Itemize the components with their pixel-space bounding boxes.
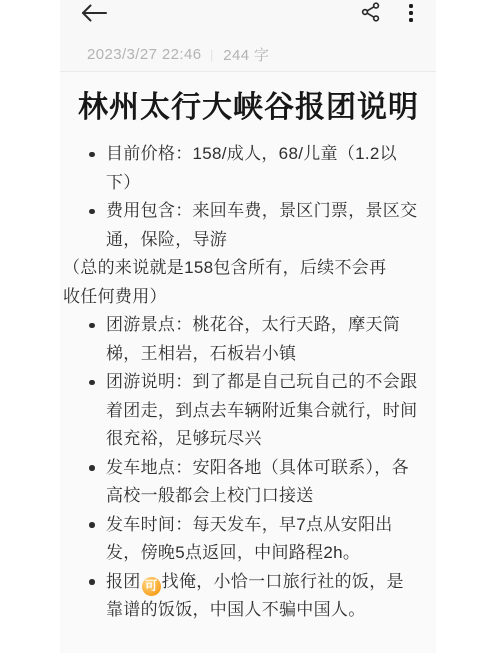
bullet-item-spots[interactable]: 团游景点：桃花谷，太行天路，摩天筒 梯，王相岩，石板岩小镇 [60, 311, 436, 368]
note-content: 目前价格：158/成人，68/儿童（1.2以 下） 费用包含：来回车费，景区门票… [60, 140, 436, 625]
note-paragraph-summary[interactable]: （总的来说就是158包含所有，后续不会再 收任何费用） [60, 254, 436, 311]
note-char-count: 244 字 [223, 44, 269, 65]
bullet-item-departure-time[interactable]: 发车时间：每天发车，早7点从安阳出 发，傍晚5点返回，中间路程2h。 [60, 511, 436, 568]
screenshot-canvas: 2023/3/27 22:46 | 244 字 林州太行大峡谷报团说明 目前价格… [0, 0, 500, 653]
share-icon [360, 1, 382, 26]
back-button[interactable] [80, 4, 108, 24]
note-title[interactable]: 林州太行大峡谷报团说明 [78, 90, 421, 126]
bullet-text: 团游景点：桃花谷，太行天路，摩天筒 梯，王相岩，石板岩小镇 [106, 315, 400, 363]
bullet-item-departure-location[interactable]: 发车地点：安阳各地（具体可联系），各 高校一般都会上校门口接送 [60, 454, 436, 511]
bullet-text: 费用包含：来回车费，景区门票，景区交 通，保险，导游 [106, 201, 417, 249]
note-header: 2023/3/27 22:46 | 244 字 [60, 0, 436, 72]
kebab-menu-icon [409, 4, 413, 22]
bullet-text: 发车时间：每天发车，早7点从安阳出 发，傍晚5点返回，中间路程2h。 [106, 515, 393, 563]
bullet-item-fees[interactable]: 费用包含：来回车费，景区门票，景区交 通，保险，导游 [60, 197, 436, 254]
bullet-item-instructions[interactable]: 团游说明：到了都是自己玩自己的不会跟 着团走，到点去车辆附近集合就行，时间 很充… [60, 368, 436, 454]
bullet-item-price[interactable]: 目前价格：158/成人，68/儿童（1.2以 下） [60, 140, 436, 197]
meta-divider: | [211, 47, 214, 62]
note-date: 2023/3/27 22:46 [87, 46, 201, 63]
share-button[interactable] [359, 2, 383, 24]
notes-app-window: 2023/3/27 22:46 | 244 字 林州太行大峡谷报团说明 目前价格… [60, 0, 436, 653]
contact-text-pre: 报团 [106, 572, 141, 591]
bullet-text: 发车地点：安阳各地（具体可联系），各 高校一般都会上校门口接送 [106, 458, 409, 506]
note-editor[interactable]: 林州太行大峡谷报团说明 目前价格：158/成人，68/儿童（1.2以 下） 费用… [60, 90, 436, 625]
bullet-item-contact[interactable]: 报团可找俺，小恰一口旅行社的饭，是 靠谱的饭饭，中国人不骗中国人。 [60, 568, 436, 625]
bullet-text: 报团可找俺，小恰一口旅行社的饭，是 靠谱的饭饭，中国人不骗中国人。 [106, 572, 404, 620]
paragraph-text: （总的来说就是158包含所有，后续不会再 收任何费用） [63, 258, 386, 306]
accept-emoji-icon: 可 [142, 577, 161, 596]
bullet-text: 目前价格：158/成人，68/儿童（1.2以 下） [106, 144, 397, 192]
bullet-text: 团游说明：到了都是自己玩自己的不会跟 着团走，到点去车辆附近集合就行，时间 很充… [106, 372, 417, 448]
arrow-left-icon [81, 4, 108, 25]
note-meta: 2023/3/27 22:46 | 244 字 [87, 44, 269, 65]
more-menu-button[interactable] [402, 1, 420, 24]
